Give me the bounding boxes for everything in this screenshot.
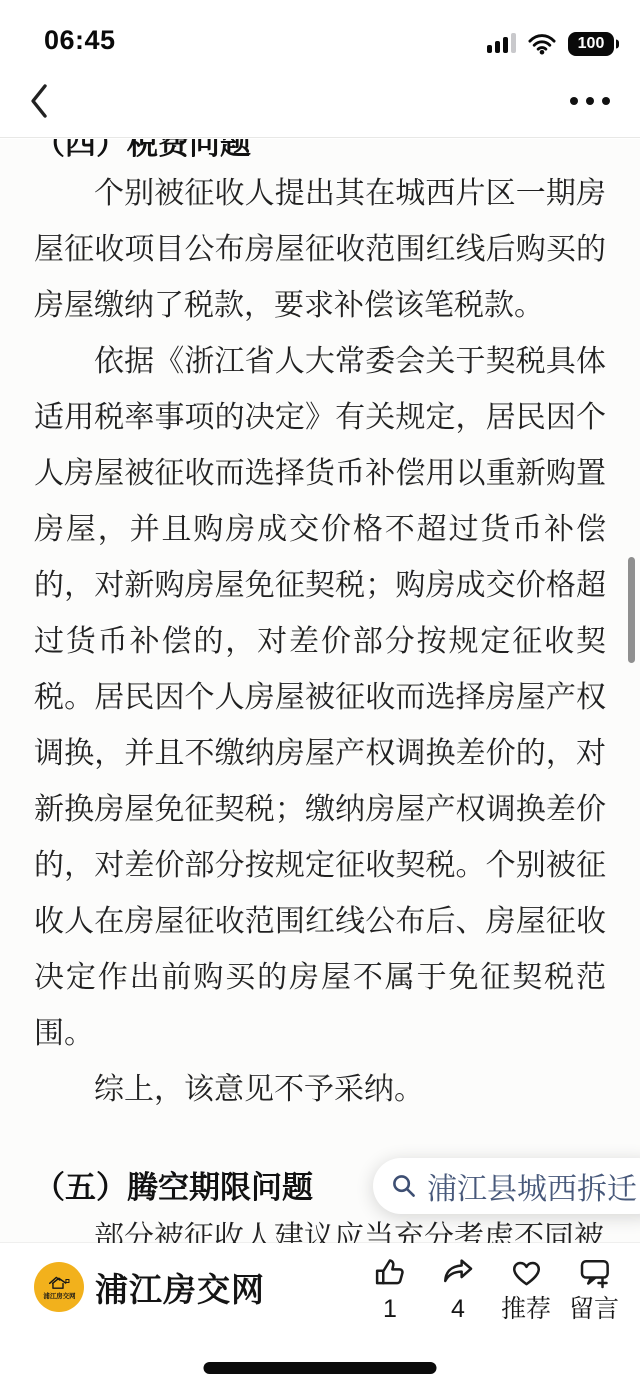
status-bar: 06:45 100 — [0, 0, 640, 64]
comment-plus-icon — [577, 1255, 612, 1290]
status-time: 06:45 — [44, 25, 116, 56]
battery-percent: 100 — [578, 35, 605, 53]
recommend-button[interactable]: 推荐 — [492, 1255, 560, 1323]
article-content: （四）税费问题 个别被征收人提出其在城西片区一期房屋征收项目公布房屋征收范围红线… — [0, 139, 640, 1243]
comment-label: 留言 — [569, 1295, 619, 1323]
scrollbar-thumb[interactable] — [628, 557, 635, 663]
bottom-bar: 浦江房交网 浦江房交网 1 4 推荐 — [0, 1243, 640, 1385]
cellular-signal-icon — [487, 33, 516, 55]
section-heading-4: （四）税费问题 — [34, 139, 606, 166]
home-indicator[interactable] — [204, 1362, 437, 1374]
thumbs-up-icon — [373, 1255, 408, 1290]
wifi-icon — [527, 33, 557, 55]
nav-bar — [0, 64, 640, 138]
heart-icon — [509, 1255, 544, 1290]
paragraph: 综上，该意见不予采纳。 — [34, 1062, 606, 1118]
paragraph-partial: 部分被征收人建议应当充分考虑不同被 — [34, 1210, 606, 1243]
search-query: 浦江县城西拆迁 — [427, 1164, 637, 1208]
status-icons: 100 — [487, 32, 614, 56]
comment-button[interactable]: 留言 — [560, 1255, 628, 1323]
house-logo-icon — [45, 1274, 73, 1290]
share-count: 4 — [451, 1295, 465, 1323]
logo-text: 浦江房交网 — [43, 1291, 75, 1300]
paragraph: 依据《浙江省人大常委会关于契税具体适用税率事项的决定》有关规定，居民因个人房屋被… — [34, 334, 606, 1062]
like-count: 1 — [383, 1295, 397, 1323]
paragraph: 个别被征收人提出其在城西片区一期房屋征收项目公布房屋征收范围红线后购买的房屋缴纳… — [34, 166, 606, 334]
back-icon[interactable] — [28, 82, 50, 120]
search-overlay[interactable]: 浦江县城西拆迁 — [373, 1158, 640, 1214]
brand-name: 浦江房交网 — [95, 1264, 265, 1311]
phone-screen: 06:45 100 （四）税费问题 个别被征收人提出其在城西片区一期房屋征收项目… — [0, 0, 640, 1385]
brand-row[interactable]: 浦江房交网 浦江房交网 — [34, 1262, 265, 1312]
share-arrow-icon — [441, 1255, 476, 1290]
recommend-label: 推荐 — [501, 1295, 551, 1323]
more-options-icon[interactable] — [568, 87, 612, 115]
battery-icon: 100 — [568, 32, 614, 56]
action-bar: 1 4 推荐 留言 — [356, 1255, 628, 1323]
brand-logo: 浦江房交网 — [34, 1262, 84, 1312]
like-button[interactable]: 1 — [356, 1255, 424, 1323]
search-icon — [390, 1172, 418, 1200]
share-button[interactable]: 4 — [424, 1255, 492, 1323]
